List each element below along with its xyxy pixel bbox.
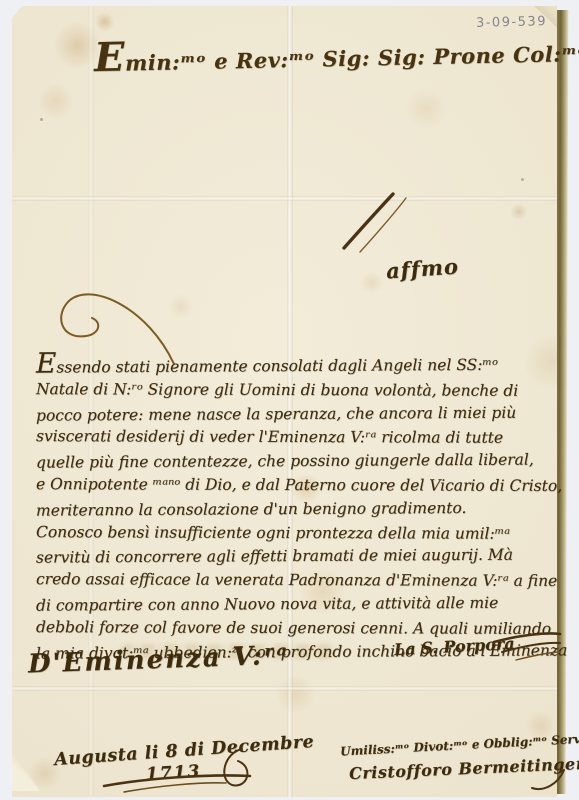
pen-stroke-flourish-icon — [338, 186, 418, 256]
closing-flourish-icon — [492, 630, 564, 666]
body-line: pocco potere: mene nasce la speranza, ch… — [36, 401, 558, 428]
body-line: sviscerati desiderij di veder l'Eminenza… — [36, 425, 558, 451]
body-line: meriteranno la consolazione d'un benigno… — [36, 496, 558, 523]
letter-body: Essendo stati pienamente consolati dagli… — [36, 350, 558, 664]
date-underline-flourish-icon — [98, 770, 258, 796]
body-line: Essendo stati pienamente consolati dagli… — [36, 348, 558, 380]
scanned-letter-page: 3-09-539 Emin:ᵐᵒ e Rev:ᵐᵒ Sig: Sig: Pron… — [0, 0, 579, 800]
body-line: e Onnipotente ᵐᵃⁿᵒ di Dio, e dal Paterno… — [36, 473, 558, 499]
body-line: Conosco bensì insufficiente ogni prontez… — [36, 521, 558, 547]
body-line: Natale di N:ʳᵒ Signore gli Uomini di buo… — [36, 378, 558, 404]
ink-speck — [40, 118, 43, 121]
signature-flourish-icon — [528, 766, 568, 794]
body-line: quelle più fine contentezze, che possino… — [36, 449, 558, 476]
body-line: credo assai efficace la venerata Padrona… — [36, 568, 558, 594]
body-line: servitù di concorrere agli effetti brama… — [36, 544, 558, 571]
ink-speck — [521, 178, 524, 181]
fold-crease-horizontal-lower — [12, 686, 557, 691]
body-line: di compartire con anno Nuovo nova vita, … — [36, 591, 558, 618]
fold-crease-horizontal-upper — [12, 196, 557, 201]
marginal-note-affmo: affmo — [385, 253, 459, 283]
